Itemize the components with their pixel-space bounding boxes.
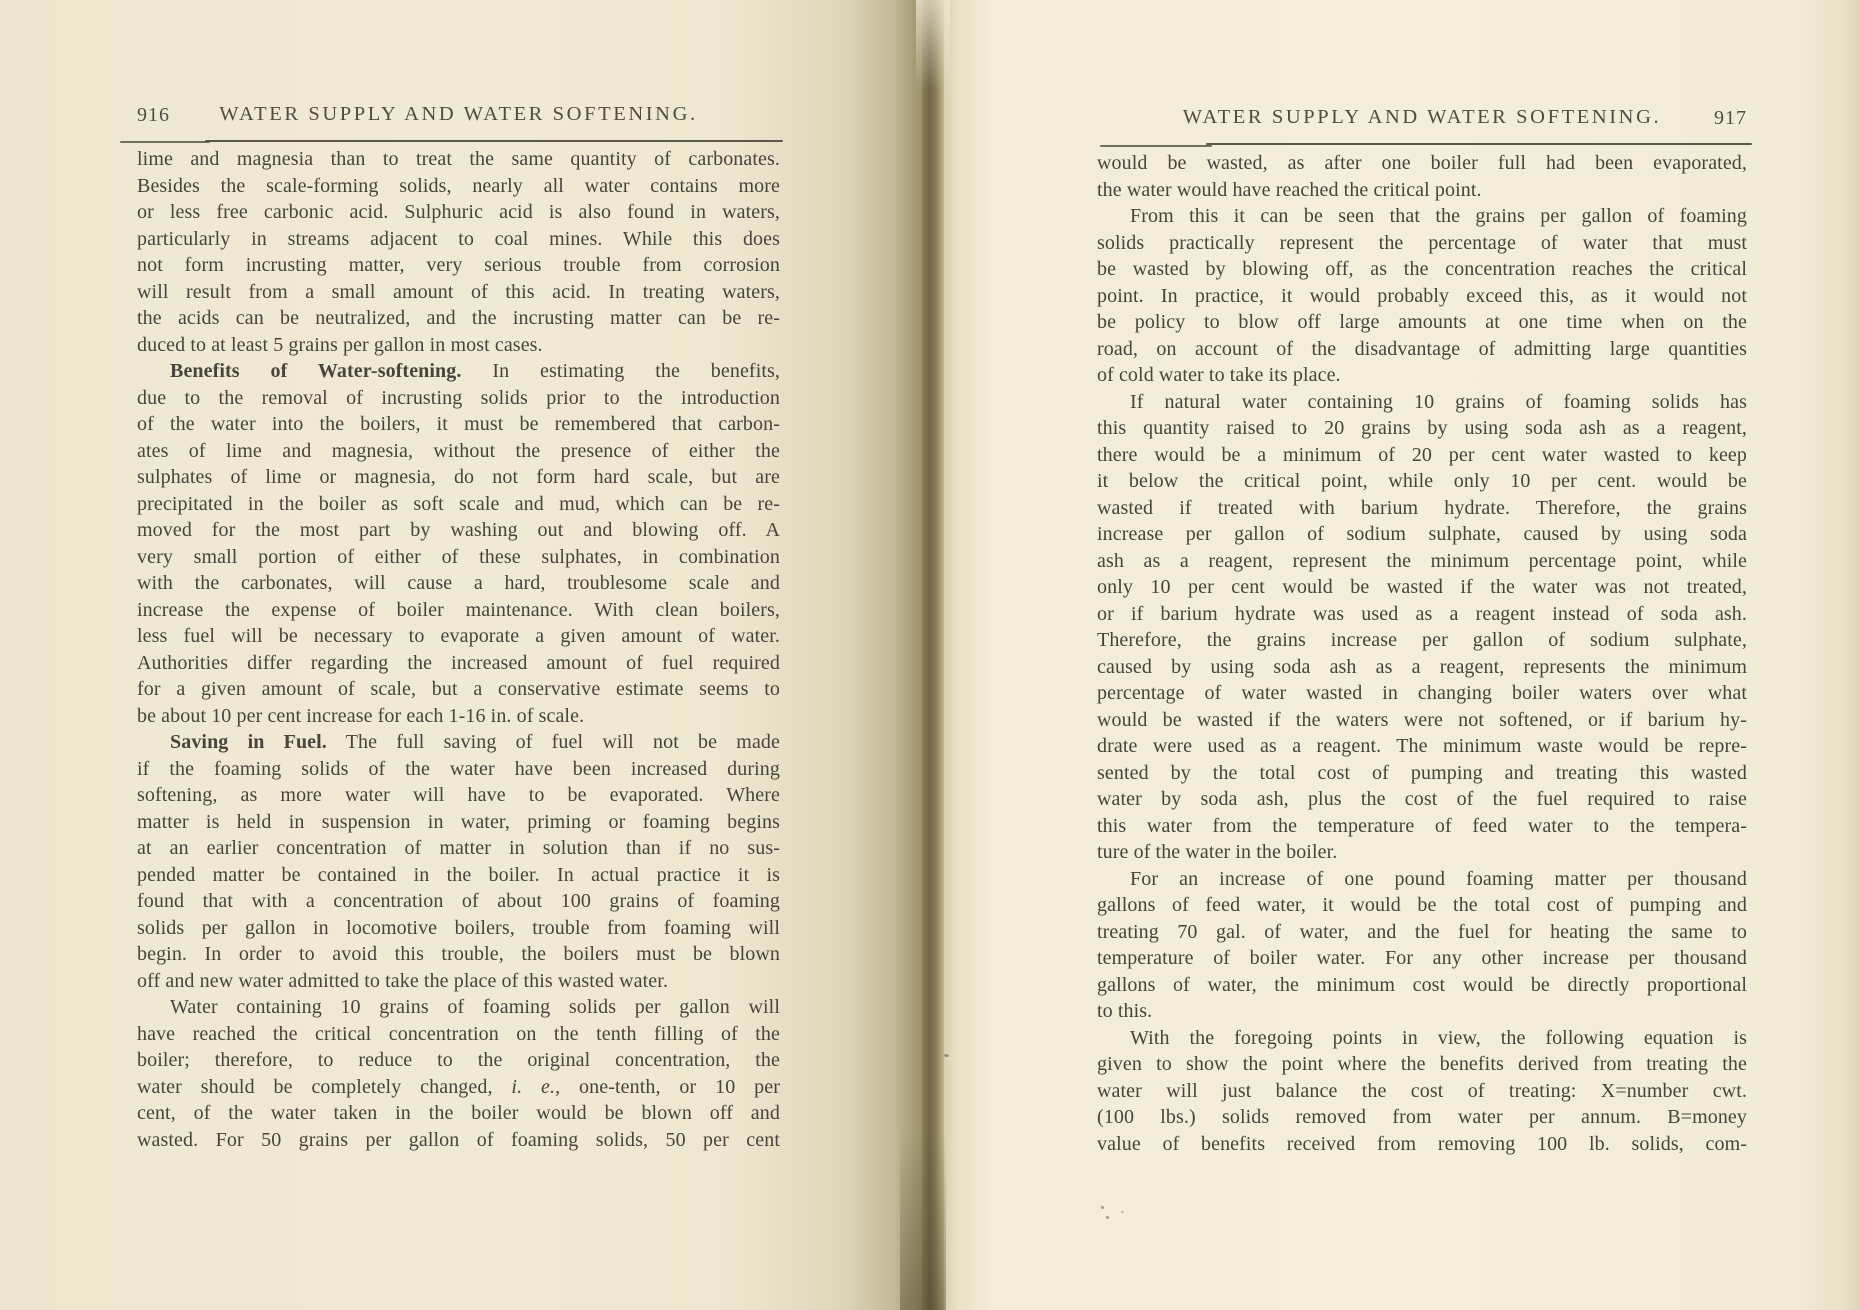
- text-line: or if barium hydrate was used as a reage…: [1097, 601, 1747, 628]
- text-line: only 10 per cent would be wasted if the …: [1097, 574, 1747, 601]
- text-line: ates of lime and magnesia, without the p…: [137, 438, 780, 465]
- text-line: water will just balance the cost of trea…: [1097, 1078, 1747, 1105]
- text-line: be wasted by blowing off, as the concent…: [1097, 256, 1747, 283]
- text-line: given to show the point where the benefi…: [1097, 1051, 1747, 1078]
- text-line: water should be completely changed, i. e…: [137, 1074, 780, 1101]
- right-page-number: 917: [1714, 107, 1747, 130]
- text-line: found that with a concentration of about…: [137, 888, 780, 915]
- text-line: this quantity raised to 20 grains by usi…: [1097, 415, 1747, 442]
- text-line: the water would have reached the critica…: [1097, 177, 1747, 204]
- text-line: sulphates of lime or magnesia, do not fo…: [137, 464, 780, 491]
- text-line: have reached the critical concentration …: [137, 1021, 780, 1048]
- dust-speck: [1101, 1206, 1104, 1209]
- text-line: with the carbonates, will cause a hard, …: [137, 570, 780, 597]
- text-line: ash as a reagent, represent the minimum …: [1097, 548, 1747, 575]
- text-line: be policy to blow off large amounts at o…: [1097, 309, 1747, 336]
- text-line: (100 lbs.) solids removed from water per…: [1097, 1104, 1747, 1131]
- text-line: it below the critical point, while only …: [1097, 468, 1747, 495]
- text-line: of cold water to take its place.: [1097, 362, 1747, 389]
- right-page-body: would be wasted, as after one boiler ful…: [1097, 150, 1747, 1157]
- text-line: begin. In order to avoid this trouble, t…: [137, 941, 780, 968]
- book-gutter-fold: [922, 0, 944, 1310]
- text-line: or less free carbonic acid. Sulphuric ac…: [137, 199, 780, 226]
- text-line: for a given amount of scale, but a conse…: [137, 676, 780, 703]
- text-line: water by soda ash, plus the cost of the …: [1097, 786, 1747, 813]
- text-line: Therefore, the grains increase per gallo…: [1097, 627, 1747, 654]
- text-line: would be wasted, as after one boiler ful…: [1097, 150, 1747, 177]
- text-line: Benefits of Water-softening. In estimati…: [137, 358, 780, 385]
- right-header-rule: [1100, 145, 1212, 147]
- dust-speck: [1106, 1216, 1109, 1219]
- text-line: value of benefits received from removing…: [1097, 1131, 1747, 1158]
- text-line: With the foregoing points in view, the f…: [1097, 1025, 1747, 1052]
- text-line: precipitated in the boiler as soft scale…: [137, 491, 780, 518]
- text-line: ture of the water in the boiler.: [1097, 839, 1747, 866]
- text-line: due to the removal of incrusting solids …: [137, 385, 780, 412]
- left-header-rule: [120, 141, 210, 143]
- text-line: to this.: [1097, 998, 1747, 1025]
- text-line: there would be a minimum of 20 per cent …: [1097, 442, 1747, 469]
- text-line: Saving in Fuel. The full saving of fuel …: [137, 729, 780, 756]
- text-line: matter is held in suspension in water, p…: [137, 809, 780, 836]
- text-line: percentage of water wasted in changing b…: [1097, 680, 1747, 707]
- text-line: caused by using soda ash as a reagent, r…: [1097, 654, 1747, 681]
- text-line: increase per gallon of sodium sulphate, …: [1097, 521, 1747, 548]
- left-running-title: WATER SUPPLY AND WATER SOFTENING.: [137, 103, 780, 126]
- text-line: this water from the temperature of feed …: [1097, 813, 1747, 840]
- left-page-body: lime and magnesia than to treat the same…: [137, 146, 780, 1153]
- text-line: For an increase of one pound foaming mat…: [1097, 866, 1747, 893]
- text-line: lime and magnesia than to treat the same…: [137, 146, 780, 173]
- text-line: Water containing 10 grains of foaming so…: [137, 994, 780, 1021]
- text-line: increase the expense of boiler maintenan…: [137, 597, 780, 624]
- text-line: If natural water containing 10 grains of…: [1097, 389, 1747, 416]
- text-line: cent, of the water taken in the boiler w…: [137, 1100, 780, 1127]
- text-line: drate were used as a reagent. The minimu…: [1097, 733, 1747, 760]
- text-line: of the water into the boilers, it must b…: [137, 411, 780, 438]
- text-line: From this it can be seen that the grains…: [1097, 203, 1747, 230]
- text-line: duced to at least 5 grains per gallon in…: [137, 332, 780, 359]
- right-page-header: WATER SUPPLY AND WATER SOFTENING. 917: [1097, 106, 1747, 136]
- dust-speck: [944, 1054, 949, 1057]
- text-line: wasted. For 50 grains per gallon of foam…: [137, 1127, 780, 1154]
- text-line: the acids can be neutralized, and the in…: [137, 305, 780, 332]
- text-line: Authorities differ regarding the increas…: [137, 650, 780, 677]
- text-line: wasted if treated with barium hydrate. T…: [1097, 495, 1747, 522]
- text-line: temperature of boiler water. For any oth…: [1097, 945, 1747, 972]
- text-line: not form incrusting matter, very serious…: [137, 252, 780, 279]
- text-line: would be wasted if the waters were not s…: [1097, 707, 1747, 734]
- text-line: boiler; therefore, to reduce to the orig…: [137, 1047, 780, 1074]
- text-line: pended matter be contained in the boiler…: [137, 862, 780, 889]
- text-line: will result from a small amount of this …: [137, 279, 780, 306]
- book-scan-spread: { "palette":{ "paper_left":"#efe8d1", "p…: [0, 0, 1860, 1310]
- text-line: solids per gallon in locomotive boilers,…: [137, 915, 780, 942]
- text-line: treating 70 gal. of water, and the fuel …: [1097, 919, 1747, 946]
- text-line: point. In practice, it would probably ex…: [1097, 283, 1747, 310]
- gutter-bottom-shadow: [900, 1130, 946, 1310]
- right-running-title: WATER SUPPLY AND WATER SOFTENING.: [1097, 106, 1747, 129]
- text-line: road, on account of the disadvantage of …: [1097, 336, 1747, 363]
- gutter-top-highlight: [916, 0, 950, 90]
- left-header-rule: [205, 140, 783, 142]
- text-line: Besides the scale-forming solids, nearly…: [137, 173, 780, 200]
- left-page-header: 916 WATER SUPPLY AND WATER SOFTENING.: [137, 103, 780, 133]
- dust-speck: [1121, 1211, 1124, 1213]
- text-line: gallons of water, the minimum cost would…: [1097, 972, 1747, 999]
- text-line: gallons of feed water, it would be the t…: [1097, 892, 1747, 919]
- text-line: less fuel will be necessary to evaporate…: [137, 623, 780, 650]
- text-line: off and new water admitted to take the p…: [137, 968, 780, 995]
- text-line: softening, as more water will have to be…: [137, 782, 780, 809]
- text-line: moved for the most part by washing out a…: [137, 517, 780, 544]
- text-line: be about 10 per cent increase for each 1…: [137, 703, 780, 730]
- text-line: very small portion of either of these su…: [137, 544, 780, 571]
- text-line: sented by the total cost of pumping and …: [1097, 760, 1747, 787]
- text-line: solids practically represent the percent…: [1097, 230, 1747, 257]
- text-line: if the foaming solids of the water have …: [137, 756, 780, 783]
- text-line: at an earlier concentration of matter in…: [137, 835, 780, 862]
- text-line: particularly in streams adjacent to coal…: [137, 226, 780, 253]
